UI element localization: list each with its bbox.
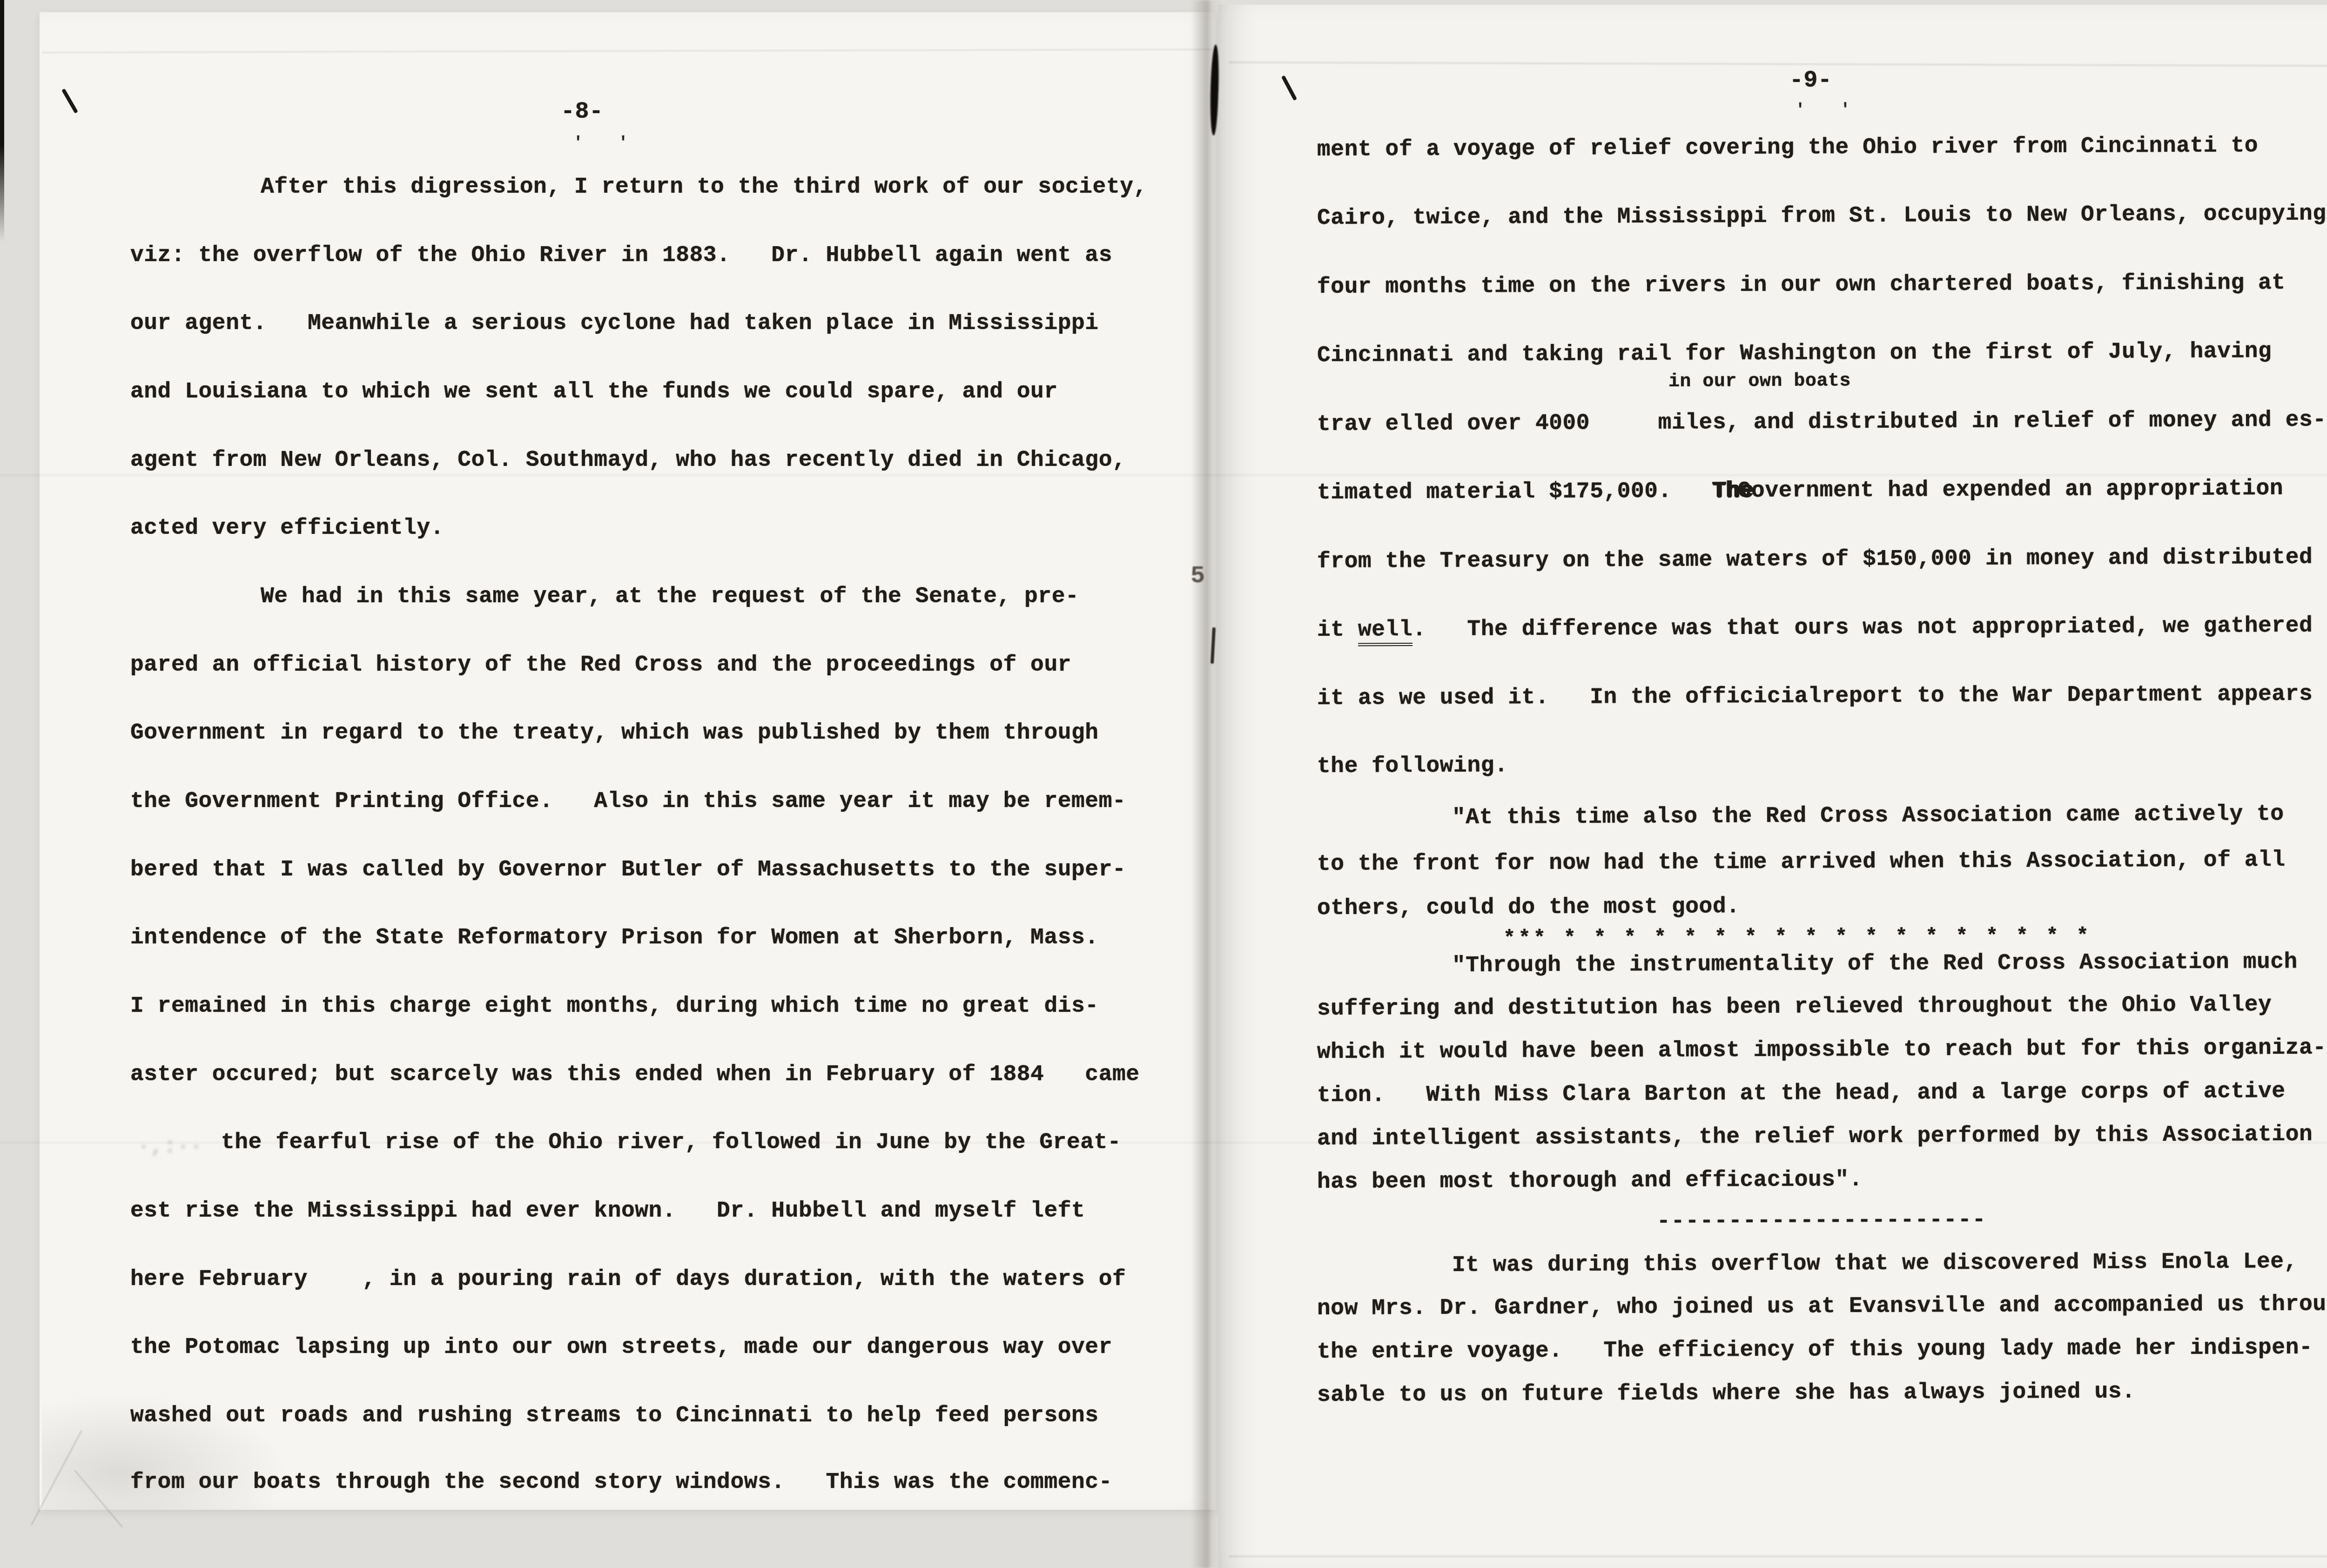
asterisk-separator: *** * * * * * * * * * * * * * * * * * * xyxy=(1503,924,2092,950)
page-9-quote-line: "Through the instrumentality of the Red … xyxy=(1452,949,2298,978)
page-8-text-line: agent from New Orleans, Col. Southmayd, … xyxy=(130,448,1126,473)
page-8-tick-marks: ' ' xyxy=(573,134,641,152)
page-8-text-line: acted very efficiently. xyxy=(130,516,444,541)
page-9-quote-line: others, could do the most good. xyxy=(1317,894,1740,921)
page-8-text-line: We had in this same year, at the request… xyxy=(261,584,1079,609)
page-8-text-line: After this digression, I return to the t… xyxy=(261,175,1147,200)
page-8-text-line: intendence of the State Reformatory Pris… xyxy=(130,925,1099,950)
page-8-text-line: from our boats through the second story … xyxy=(130,1470,1112,1495)
page-8-text-line: aster occured; but scarcely was this end… xyxy=(130,1062,1140,1087)
page-9-text-line: ment of a voyage of relief covering the … xyxy=(1317,133,2258,162)
line-segment: Government had expended an appropriation xyxy=(1738,476,2283,504)
page-8-text-line: I remained in this charge eight months, … xyxy=(130,994,1099,1019)
margin-digit: 5 xyxy=(1190,562,1205,590)
page-9-quote-line: to the front for now had the time arrive… xyxy=(1317,848,2286,877)
page-8-text-line: the Government Printing Office. Also in … xyxy=(130,789,1126,814)
page-9-sheet xyxy=(1218,5,2327,1568)
page-9-text-line: trav elled over 4000 miles, and distribu… xyxy=(1317,408,2327,437)
page-9-text-line: the entire voyage. The efficiency of thi… xyxy=(1317,1335,2313,1365)
page-8-text-line: our agent. Meanwhile a serious cyclone h… xyxy=(130,311,1099,336)
page-9-quote-line: suffering and destitution has been relie… xyxy=(1317,992,2272,1022)
page-8-text-line: bered that I was called by Governor Butl… xyxy=(130,857,1126,882)
page-9-quote-line: has been most thorough and efficacious". xyxy=(1317,1167,1863,1195)
page-8-text-line: the Potomac lapsing up into our own stre… xyxy=(130,1335,1112,1360)
scan-band xyxy=(0,474,2327,477)
page-9-text-line: Cincinnati and taking rail for Washingto… xyxy=(1317,339,2272,368)
page-9-text-line: it well. The difference was that ours wa… xyxy=(1317,613,2313,643)
page-9-text-line: sable to us on future fields where she h… xyxy=(1317,1379,2136,1408)
page-8-text-line: viz: the overflow of the Ohio River in 1… xyxy=(130,243,1112,268)
page-8-text-line: pared an official history of the Red Cro… xyxy=(130,653,1071,678)
interlinear-insertion: in our own boats xyxy=(1668,370,1851,392)
page-9-text-line: Cairo, twice, and the Mississippi from S… xyxy=(1317,202,2327,231)
page-9-text-line: from the Treasury on the same waters of … xyxy=(1317,545,2313,574)
dashed-separator: ----------------------- xyxy=(1657,1208,1987,1234)
page-9-text-line: four months time on the rivers in our ow… xyxy=(1317,270,2286,300)
scanned-document-spread: { "page8": { "page_number": "-8-", "tick… xyxy=(0,0,2327,1568)
page-8-text-line: the fearful rise of the Ohio river, foll… xyxy=(221,1130,1121,1155)
overstruck-word: The xyxy=(1713,478,1754,504)
page-8-text-line: est rise the Mississippi had ever known.… xyxy=(130,1198,1085,1224)
erased-word-smudge: ·,:·· xyxy=(137,1135,203,1159)
page-spine-crease xyxy=(1191,0,1221,1568)
page-9-text-line: now Mrs. Dr. Gardner, who joined us at E… xyxy=(1317,1292,2327,1321)
page-9-quote-line: tion. With Miss Clara Barton at the head… xyxy=(1317,1079,2286,1108)
page-9-tick-marks: ' ' xyxy=(1796,101,1863,119)
page-8-text-line: Government in regard to the treaty, whic… xyxy=(130,720,1099,746)
line-segment: . The difference was that ours was not a… xyxy=(1412,613,2313,642)
left-edge-shadow xyxy=(0,0,4,242)
line-segment: timated material $175,000. xyxy=(1317,478,1713,505)
line-segment: it xyxy=(1317,618,1358,643)
underlined-word: well xyxy=(1358,617,1412,646)
page-8-text-line: here February , in a pouring rain of day… xyxy=(130,1267,1126,1292)
page-9-text-line: it as we used it. In the officicialrepor… xyxy=(1317,682,2313,711)
page-9-quote-line: which it would have been almost impossib… xyxy=(1317,1036,2327,1065)
page-8-number: -8- xyxy=(561,99,604,125)
page-9-text-line: It was during this overflow that we disc… xyxy=(1452,1249,2298,1278)
page-8-text-line: and Louisiana to which we sent all the f… xyxy=(130,379,1058,404)
page-9-quote-line: and intelligent assistants, the relief w… xyxy=(1317,1122,2313,1151)
page-9-bottom-crease xyxy=(1229,1555,2327,1557)
page-9-quote-line: "At this time also the Red Cross Associa… xyxy=(1452,801,2284,830)
page-9-text-line: timated material $175,000. TheGovernment… xyxy=(1317,476,2283,505)
page-9-number: -9- xyxy=(1789,67,1832,94)
page-9-text-line: the following. xyxy=(1317,753,1508,779)
page-8-text-line: washed out roads and rushing streams to … xyxy=(130,1403,1099,1428)
